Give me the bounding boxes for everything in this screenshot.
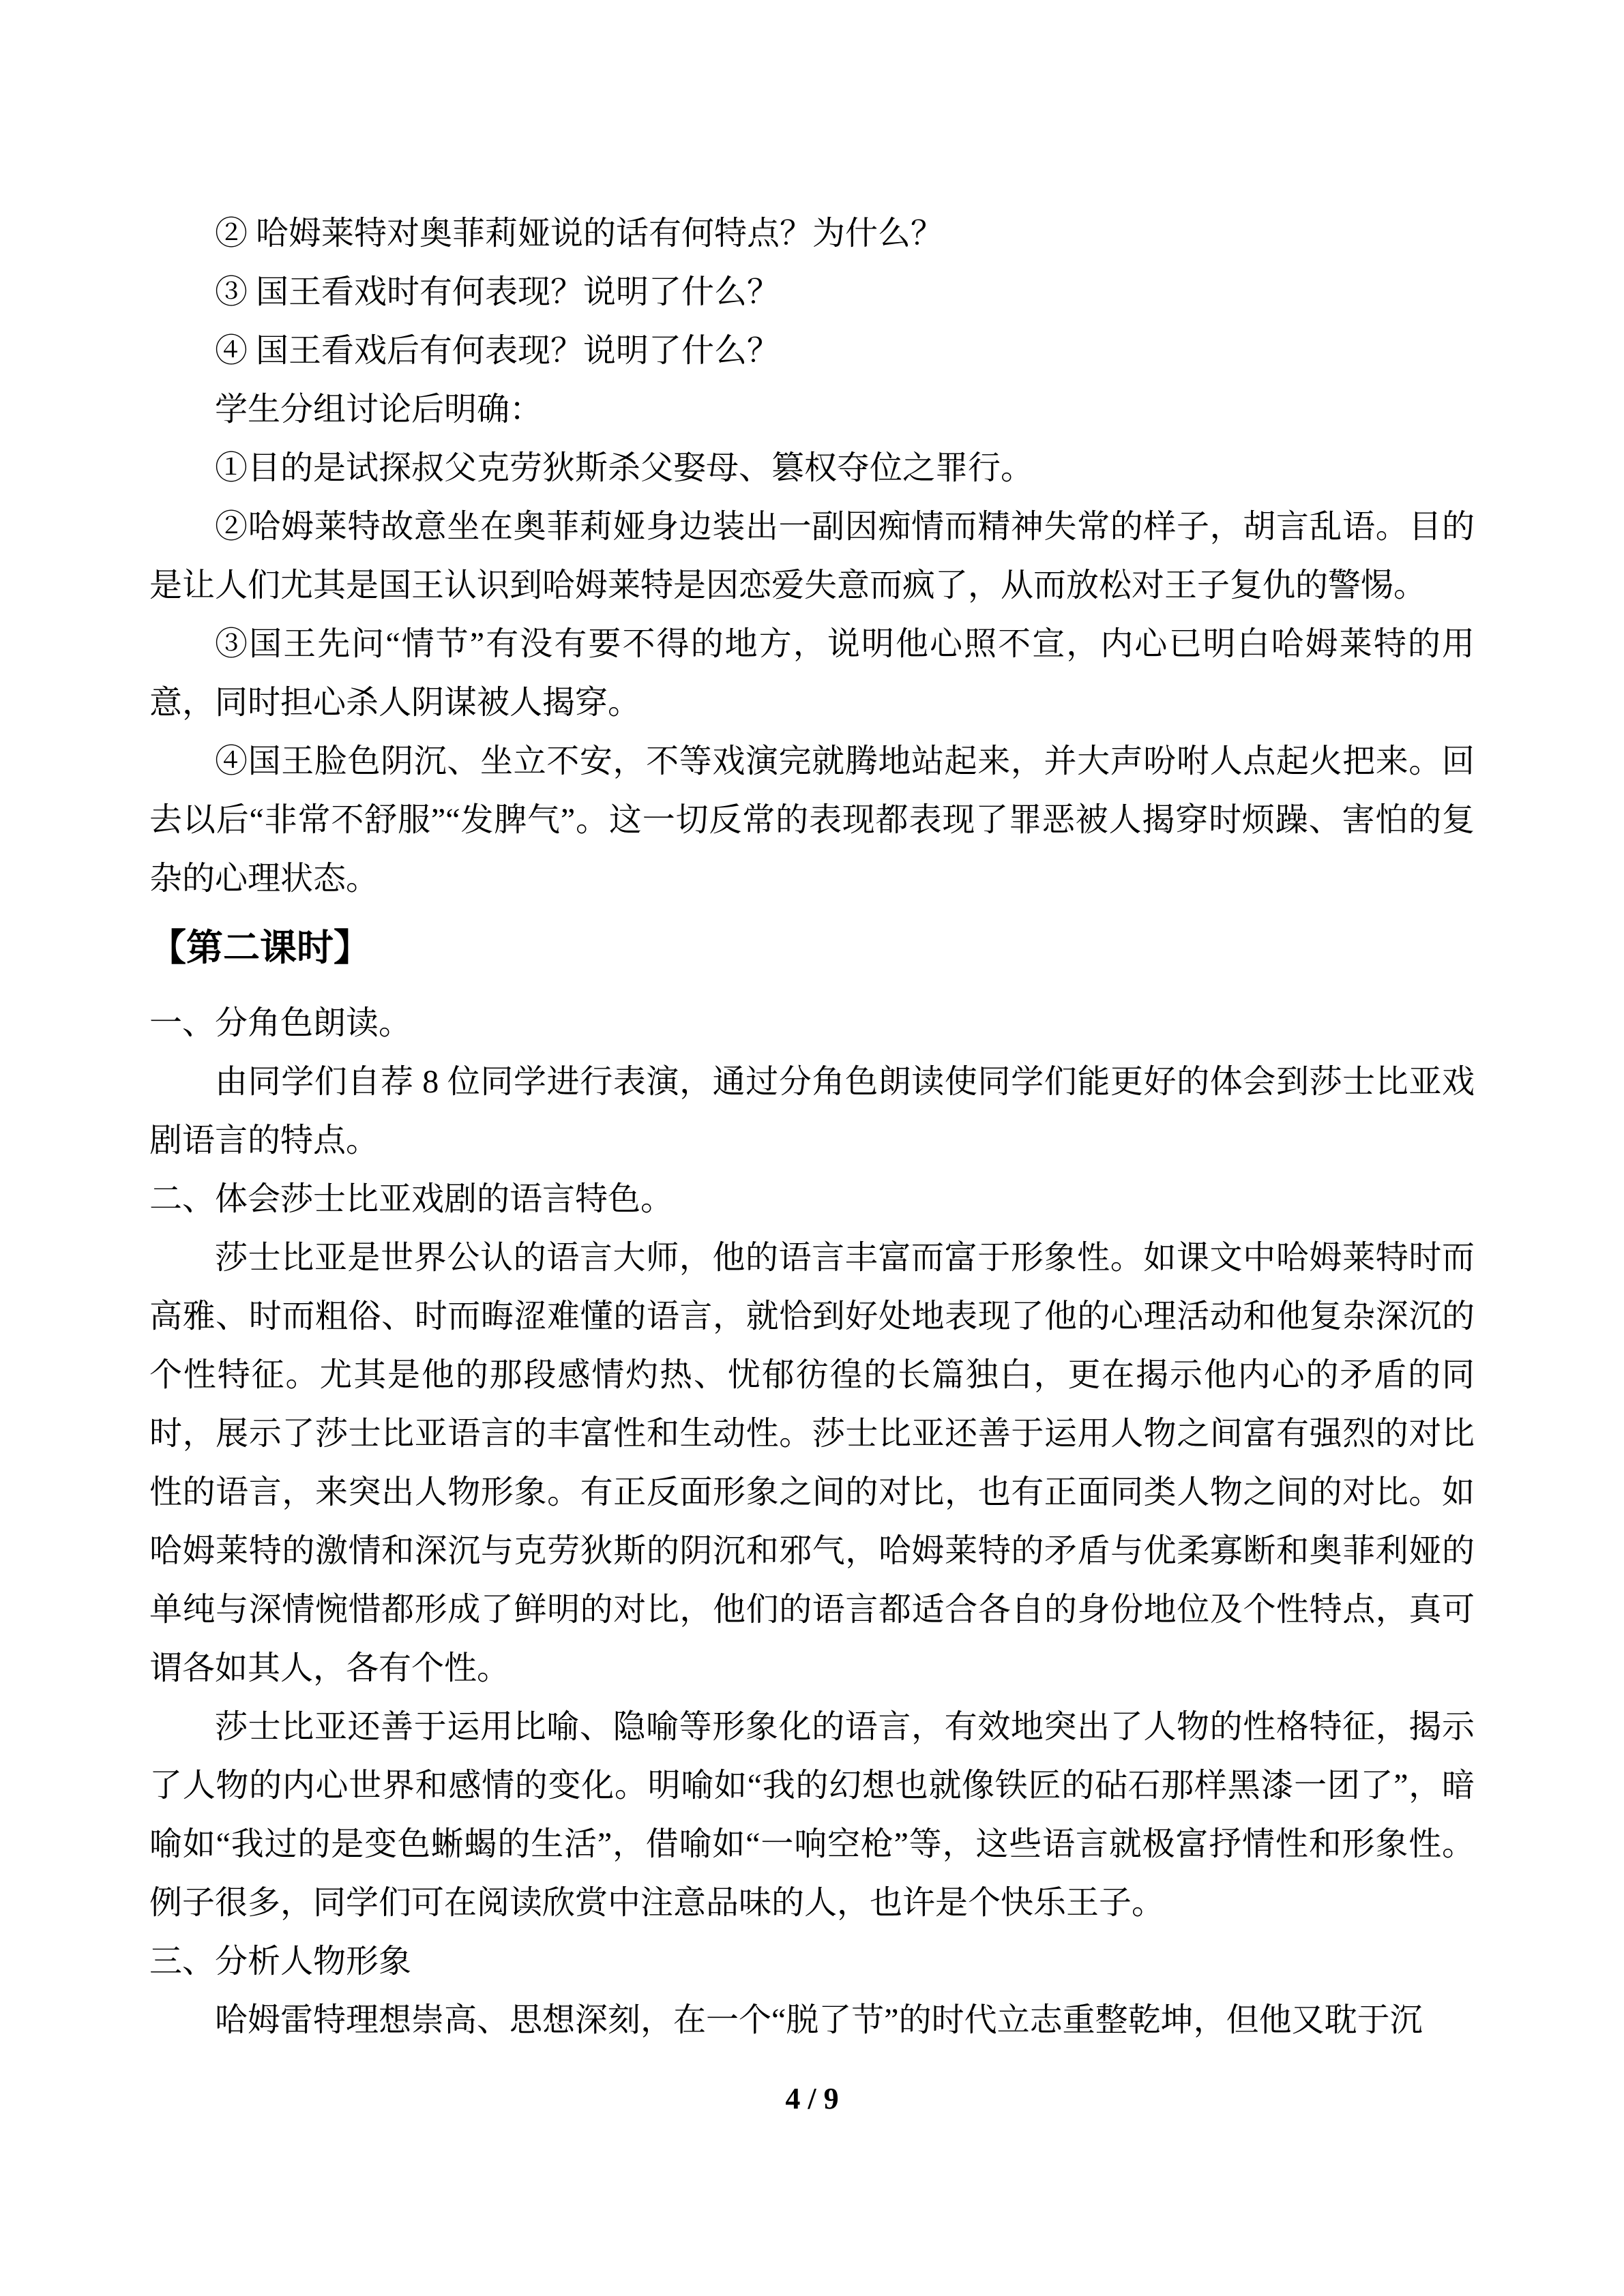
section-heading: 二、体会莎士比亚戏剧的语言特色。 [149,1170,1475,1229]
section-heading: 一、分角色朗读。 [149,994,1475,1053]
document-body: ② 哈姆莱特对奥菲莉娅说的话有何特点？为什么？③ 国王看戏时有何表现？说明了什么… [149,205,1475,2050]
paragraph: 哈姆雷特理想崇高、思想深刻，在一个“脱了节”的时代立志重整乾坤，但他又耽于沉 [149,1991,1475,2050]
paragraph: 莎士比亚是世界公认的语言大师，他的语言丰富而富于形象性。如课文中哈姆莱特时而高雅… [149,1229,1475,1698]
paragraph: ①目的是试探叔父克劳狄斯杀父娶母、篡权夺位之罪行。 [149,439,1475,498]
question-item: ③ 国王看戏时有何表现？说明了什么？ [149,263,1475,322]
section-heading: 三、分析人物形象 [149,1933,1475,1991]
paragraph: ②哈姆莱特故意坐在奥菲莉娅身边装出一副因痴情而精神失常的样子，胡言乱语。目的是让… [149,498,1475,615]
page-number: 4 / 9 [149,2078,1475,2119]
paragraph: ④国王脸色阴沉、坐立不安，不等戏演完就腾地站起来，并大声吩咐人点起火把来。回去以… [149,732,1475,908]
paragraph: ③国王先问“情节”有没有要不得的地方，说明他心照不宣，内心已明白哈姆莱特的用意，… [149,615,1475,732]
question-item: ④ 国王看戏后有何表现？说明了什么？ [149,322,1475,381]
document-page: ② 哈姆莱特对奥菲莉娅说的话有何特点？为什么？③ 国王看戏时有何表现？说明了什么… [0,0,1624,2296]
question-item: 学生分组讨论后明确： [149,381,1475,439]
chapter-heading: 【第二课时】 [149,915,1475,981]
paragraph: 由同学们自荐 8 位同学进行表演，通过分角色朗读使同学们能更好的体会到莎士比亚戏… [149,1053,1475,1170]
paragraph: 莎士比亚还善于运用比喻、隐喻等形象化的语言，有效地突出了人物的性格特征，揭示了人… [149,1698,1475,1933]
question-item: ② 哈姆莱特对奥菲莉娅说的话有何特点？为什么？ [149,205,1475,263]
